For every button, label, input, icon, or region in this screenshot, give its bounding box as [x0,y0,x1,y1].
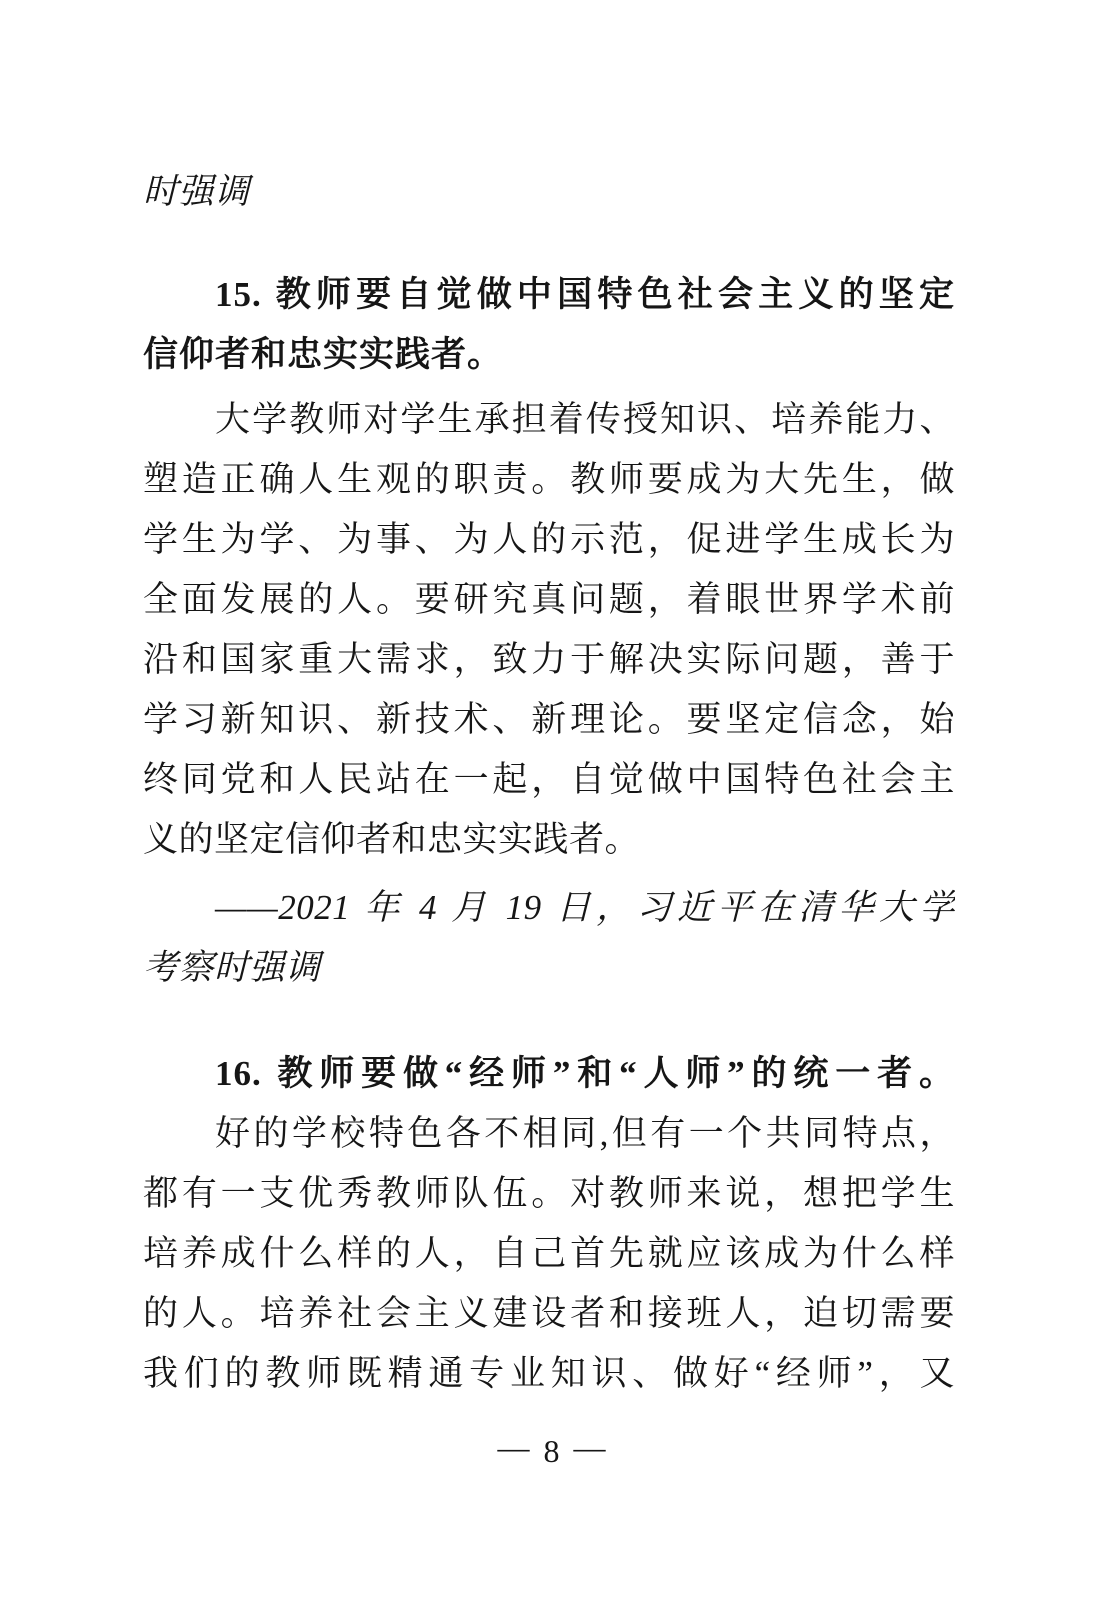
section-15-heading-line-2: 信仰者和忠实实践者。 [143,325,955,385]
page-number: 8 [544,1428,560,1474]
text-line: 沿和国家重大需求，致力于解决实际问题，善于 [143,630,955,690]
text-line: 义的坚定信仰者和忠实实践者。 [143,810,955,870]
text-line: 的人。培养社会主义建设者和接班人，迫切需要 [143,1284,955,1344]
text-line: 全面发展的人。要研究真问题，着眼世界学术前 [143,570,955,630]
section-15-attribution: ——2021 年 4 月 19 日，习近平在清华大学 考察时强调 [143,878,955,998]
page-number-footer: —8— [0,1428,1103,1474]
text-line: 培养成什么样的人，自己首先就应该成为什么样 [143,1224,955,1284]
attribution-line: 考察时强调 [143,938,955,998]
text-line: 大学教师对学生承担着传授知识、培养能力、 [143,390,955,450]
section-16-body: 好的学校特色各不相同,但有一个共同特点， 都有一支优秀教师队伍。对教师来说，想把… [143,1104,955,1404]
text-line: 时强调 [143,162,955,222]
section-15-body: 大学教师对学生承担着传授知识、培养能力、 塑造正确人生观的职责。教师要成为大先生… [143,390,955,870]
text-line: 都有一支优秀教师队伍。对教师来说，想把学生 [143,1164,955,1224]
text-line: 好的学校特色各不相同,但有一个共同特点， [143,1104,955,1164]
section-15-heading: 15. 教师要自觉做中国特色社会主义的坚定 信仰者和忠实实践者。 [143,265,955,385]
text-line: 我们的教师既精通专业知识、做好“经师”，又 [143,1344,955,1404]
text-line: 学生为学、为事、为人的示范，促进学生成长为 [143,510,955,570]
continuation-attribution: 时强调 [143,162,955,222]
attribution-line: ——2021 年 4 月 19 日，习近平在清华大学 [143,878,955,938]
document-page: 时强调 15. 教师要自觉做中国特色社会主义的坚定 信仰者和忠实实践者。 大学教… [0,0,1103,1599]
text-line: 塑造正确人生观的职责。教师要成为大先生，做 [143,450,955,510]
text-line: 学习新知识、新技术、新理论。要坚定信念，始 [143,690,955,750]
section-16-heading-line-1: 16. 教师要做“经师”和“人师”的统一者。 [143,1044,955,1104]
text-line: 终同党和人民站在一起，自觉做中国特色社会主 [143,750,955,810]
footer-right-dash: — [574,1424,606,1470]
section-16-heading: 16. 教师要做“经师”和“人师”的统一者。 [143,1044,955,1104]
footer-left-dash: — [498,1424,530,1470]
section-15-heading-line-1: 15. 教师要自觉做中国特色社会主义的坚定 [143,265,955,325]
